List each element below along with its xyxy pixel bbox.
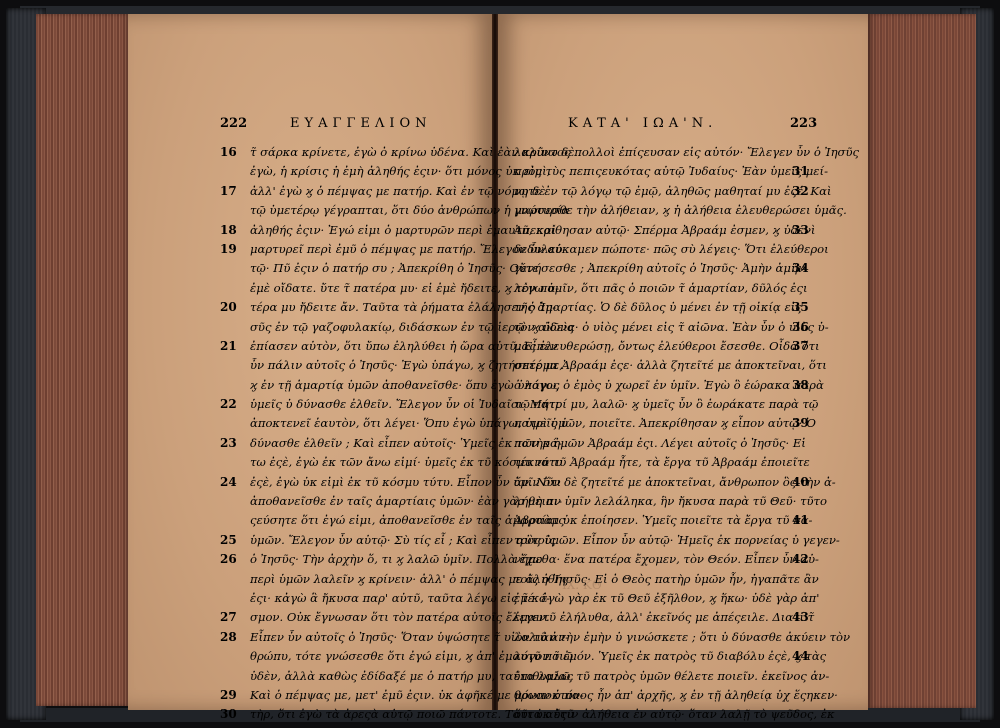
line-text: πατὴρ ἡμῶν Ἀβραάμ ἐςι. Λέγει αὐτοῖς ὁ Ἰη… <box>514 436 806 450</box>
text-line: τέκνα τῦ Ἀβραάμ ἦτε, τὰ ἔργα τῦ Ἀβραάμ ἐ… <box>514 453 814 472</box>
verse-number: 22 <box>220 395 237 414</box>
text-line: 26ὁ Ἰησῦς· Τὴν ἀρχὴν ὅ, τι ϗ λαλῶ ὑμῖν. … <box>220 550 478 569</box>
text-line: 28Εἶπεν ὖν αὐτοῖς ὁ Ἰησῦς· Ὅταν ὑψώσητε … <box>220 628 478 647</box>
text-line: 41Ἀβραὰμ ὐκ ἐποίησεν. Ὑμεῖς ποιεῖτε τὰ ἔ… <box>514 511 814 530</box>
text-line: τῷ· Πῦ ἐςιν ὁ πατήρ συ ; Ἀπεκρίθη ὁ Ἰησῦ… <box>220 259 478 278</box>
verse-number: 16 <box>220 143 237 162</box>
line-text: τῆς ἁμαρτίας. Ὁ δὲ δῦλος ὐ μένει ἐν τῇ ο… <box>514 300 802 314</box>
text-line: 34γενήσεσθε ; Ἀπεκρίθη αὐτοῖς ὁ Ἰησῦς· Ἀ… <box>514 259 814 278</box>
text-line: ἐπιθυμίας τῦ πατρὸς ὑμῶν θέλετε ποιεῖν. … <box>514 667 814 686</box>
line-text: δεδυλεύκαμεν πώποτε· πῶς σὺ λέγεις· Ὅτι … <box>514 242 829 256</box>
text-line: τοῖς ὁ Ἰησῦς· Εἰ ὁ Θεὸς πατὴρ ὑμῶν ἦν, ἠ… <box>514 570 814 589</box>
text-line: 35τῆς ἁμαρτίας. Ὁ δὲ δῦλος ὐ μένει ἐν τῇ… <box>514 298 814 317</box>
text-line: 30τὴρ, ὅτι ἐγὼ τὰ ἀρεςὰ αὐτῷ ποιῶ πάντοτ… <box>220 705 478 724</box>
text-line: σῦς ἐν τῷ γαζοφυλακίῳ, διδάσκων ἐν τῷ ἱε… <box>220 318 478 337</box>
page-edges-right <box>868 14 976 708</box>
line-text: ἄν. Νῦν δὲ ζητεῖτέ με ἀποκτεῖναι, ἄνθρωπ… <box>514 475 836 489</box>
text-line: 25ὑμῶν. Ἔλεγον ὖν αὐτῷ· Σὺ τίς εἶ ; Καὶ … <box>220 531 478 550</box>
verse-number: 24 <box>220 473 237 492</box>
text-line: 44λόγον τ̃ ἐμόν. Ὑμεῖς ἐκ πατρὸς τῦ διαβ… <box>514 647 814 666</box>
text-line: ςεύσητε ὅτι ἐγώ εἰμι, ἀποθανεῖσθε ἐν ταῖ… <box>220 511 478 530</box>
text-line: τρὸς ὑμῶν. Εἶπον ὖν αὐτῷ· Ἡμεῖς ἐκ πορνε… <box>514 531 814 550</box>
text-line: 33Ἀπεκρίθησαν αὐτῷ· Σπέρμα Ἀβραάμ ἐσμεν,… <box>514 221 814 240</box>
text-line: ὖν πάλιν αὐτοῖς ὁ Ἰησῦς· Ἐγὼ ὑπάγω, ϗ ζη… <box>220 356 478 375</box>
line-text: τὸν αἰῶνα· ὁ υἱὸς μένει εἰς τ̃ αἰῶνα. Ἐὰ… <box>514 320 829 334</box>
verse-number: 28 <box>220 628 237 647</box>
line-text: Ἀπεκρίθησαν αὐτῷ· Σπέρμα Ἀβραάμ ἐσμεν, ϗ… <box>514 223 815 237</box>
text-line: σπέρμα Ἀβραάμ ἐςε· ἀλλὰ ζητεῖτέ με ἀποκτ… <box>514 356 814 375</box>
line-text: λέγω ὑμῖν, ὅτι πᾶς ὁ ποιῶν τ̃ ἁμαρτίαν, … <box>514 281 808 295</box>
verse-number: 37 <box>792 337 809 356</box>
line-text: θρωποκτόνος ἦν ἀπ' ἀρχῆς, ϗ ἐν τῇ ἀληθεί… <box>514 688 838 702</box>
line-text: ἐμέ· ἐγὼ γὰρ ἐκ τῦ Θεῦ ἐξῆλθον, ϗ ἥκω· ὐ… <box>514 591 819 605</box>
verse-number: 41 <box>792 511 809 530</box>
text-line: 23δύνασθε ἐλθεῖν ; Καὶ εἶπεν αὐτοῖς· Ὑμε… <box>220 434 478 453</box>
text-line: 40ἄν. Νῦν δὲ ζητεῖτέ με ἀποκτεῖναι, ἄνθρ… <box>514 473 814 492</box>
line-text: νητε ἐν τῷ λόγῳ τῷ ἐμῷ, ἀληθῶς μαθηταί μ… <box>514 184 831 198</box>
verse-number: 18 <box>220 221 237 240</box>
verse-number: 29 <box>220 686 237 705</box>
verse-number: 21 <box>220 337 237 356</box>
verse-number: 36 <box>792 318 809 337</box>
right-running-title: ΚΑΤΑ' ΙΩΑ'Ν. <box>568 116 717 131</box>
verse-number: 38 <box>792 376 809 395</box>
verse-number: 44 <box>792 647 809 666</box>
text-line: λήθειαν ὑμῖν λελάληκα, ἣν ἤκυσα παρὰ τῦ … <box>514 492 814 511</box>
line-text: σμον. Οὐκ ἔγνωσαν ὅτι τὸν πατέρα αὐτοῖς … <box>250 610 550 624</box>
text-line: ἐςι· κἀγὼ ἃ ἤκυσα παρ' αὐτῦ, ταῦτα λέγω … <box>220 589 478 608</box>
verse-number: 17 <box>220 182 237 201</box>
text-line: 22ὑμεῖς ὐ δύνασθε ἐλθεῖν. Ἔλεγον ὖν οἱ Ἰ… <box>220 395 478 414</box>
line-text: πρὸς τὺς πεπιςευκότας αὐτῷ Ἰυδαίυς· Ἐὰν … <box>514 164 828 178</box>
line-text: λόγον τ̃ ἐμόν. Ὑμεῖς ἐκ πατρὸς τῦ διαβόλ… <box>514 649 826 663</box>
line-text: ἐςι· κἀγὼ ἃ ἤκυσα παρ' αὐτῦ, ταῦτα λέγω … <box>250 591 550 605</box>
text-line: 37μᾶς ἐλευθερώσῃ, ὄντως ἐλεύθεροι ἔσεσθε… <box>514 337 814 356</box>
line-text: γνώσεσθε τὴν ἀλήθειαν, ϗ ἡ ἀλήθεια ἐλευθ… <box>514 203 847 217</box>
line-text: Ἀβραὰμ ὐκ ἐποίησεν. Ὑμεῖς ποιεῖτε τὰ ἔργ… <box>514 513 812 527</box>
left-page-number: 222 <box>220 116 247 131</box>
line-text: ἐμὲ οἴδατε. ὔτε τ̃ πατέρα μυ· εἰ ἐμὲ ἤδε… <box>250 281 559 295</box>
text-line: 20τέρα μυ ἤδειτε ἄν. Ταῦτα τὰ ῥήματα ἐλά… <box>220 298 478 317</box>
text-line: ἐγὼ, ἡ κρίσις ἡ ἐμὴ ἀληθής ἐςιν· ὅτι μόν… <box>220 162 478 181</box>
text-line: 42νήμεθα· ἕνα πατέρα ἔχομεν, τὸν Θεόν. Ε… <box>514 550 814 569</box>
text-line: 18ἀληθής ἐςιν· Ἐγώ εἰμι ὁ μαρτυρῶν περὶ … <box>220 221 478 240</box>
verse-number: 31 <box>792 162 809 181</box>
line-text: ὁ Ἰησῦς· Τὴν ἀρχὴν ὅ, τι ϗ λαλῶ ὑμῖν. Πο… <box>250 552 542 566</box>
text-line: ὅτι ὐκ ἔςιν ἀλήθεια ἐν αὐτῷ· ὅταν λαλῇ τ… <box>514 705 814 724</box>
show-through-text: ΙΧ. ΚΘ <box>562 578 602 592</box>
verse-number: 39 <box>792 414 809 433</box>
verse-number: 32 <box>792 182 809 201</box>
text-line: ἀποκτενεῖ ἑαυτὸν, ὅτι λέγει· Ὅπυ ἐγὼ ὑπά… <box>220 414 478 433</box>
text-line: θρώπυ, τότε γνώσεσθε ὅτι ἐγώ εἰμι, ϗ ἀπ'… <box>220 647 478 666</box>
line-text: νήμεθα· ἕνα πατέρα ἔχομεν, τὸν Θεόν. Εἶπ… <box>514 552 819 566</box>
text-line: 32νητε ἐν τῷ λόγῳ τῷ ἐμῷ, ἀληθῶς μαθηταί… <box>514 182 814 201</box>
right-page-text: λαλῦντος πολλοὶ ἐπίςευσαν εἰς αὐτόν· Ἔλε… <box>514 143 814 725</box>
text-line: 21ἐπίασεν αὐτὸν, ὅτι ὔπω ἐληλύθει ἡ ὥρα … <box>220 337 478 356</box>
line-text: τέρα μυ ἤδειτε ἄν. Ταῦτα τὰ ῥήματα ἐλάλη… <box>250 300 556 314</box>
line-text: ὑμῶν. Ἔλεγον ὖν αὐτῷ· Σὺ τίς εἶ ; Καὶ εἶ… <box>250 533 556 547</box>
text-line: περὶ ὑμῶν λαλεῖν ϗ κρίνειν· ἀλλ' ὁ πέμψα… <box>220 570 478 589</box>
text-line: λαλῦντος πολλοὶ ἐπίςευσαν εἰς αὐτόν· Ἔλε… <box>514 143 814 162</box>
text-line: τῷ ὑμετέρῳ γέγραπται, ὅτι δύο ἀνθρώπων ἡ… <box>220 201 478 220</box>
verse-number: 19 <box>220 240 237 259</box>
line-text: τῷ· Πῦ ἐςιν ὁ πατήρ συ ; Ἀπεκρίθη ὁ Ἰησῦ… <box>250 261 539 275</box>
verse-number: 34 <box>792 259 809 278</box>
text-line: πατὴρ ἡμῶν Ἀβραάμ ἐςι. Λέγει αὐτοῖς ὁ Ἰη… <box>514 434 814 453</box>
line-text: λαλιὰν τὴν ἐμὴν ὐ γινώσκετε ; ὅτι ὐ δύνα… <box>514 630 850 644</box>
text-line: ὐδὲν, ἀλλὰ καθὼς ἐδίδαξέ με ὁ πατήρ μυ, … <box>220 667 478 686</box>
line-text: ἀληθής ἐςιν· Ἐγώ εἰμι ὁ μαρτυρῶν περὶ ἐμ… <box>250 223 556 237</box>
verse-number: 27 <box>220 608 237 627</box>
text-line: 24ἐςὲ, ἐγὼ ὐκ εἰμὶ ἐκ τῦ κόσμυ τύτυ. Εἶπ… <box>220 473 478 492</box>
text-line: τῷ πατρί μυ, λαλῶ· ϗ ὑμεῖς ὖν ὃ ἑωράκατε… <box>514 395 814 414</box>
line-text: πατρὶ ὑμῶν, ποιεῖτε. Ἀπεκρίθησαν ϗ εἶπον… <box>514 416 816 430</box>
verse-number: 30 <box>220 705 237 724</box>
text-line: 29Καὶ ὁ πέμψας με, μετ' ἐμῦ ἐςιν. ὐκ ἀφῆ… <box>220 686 478 705</box>
line-text: τέκνα τῦ Ἀβραάμ ἦτε, τὰ ἔργα τῦ Ἀβραάμ ἐ… <box>514 455 810 469</box>
verse-number: 43 <box>792 608 809 627</box>
line-text: τρὸς ὑμῶν. Εἶπον ὖν αὐτῷ· Ἡμεῖς ἐκ πορνε… <box>514 533 840 547</box>
text-line: γνώσεσθε τὴν ἀλήθειαν, ϗ ἡ ἀλήθεια ἐλευθ… <box>514 201 814 220</box>
verse-number: 26 <box>220 550 237 569</box>
verse-number: 23 <box>220 434 237 453</box>
line-text: λήθειαν ὑμῖν λελάληκα, ἣν ἤκυσα παρὰ τῦ … <box>514 494 827 508</box>
text-line: ἀποθανεῖσθε ἐν ταῖς ἁμαρτίαις ὑμῶν· ἐὰν … <box>220 492 478 511</box>
verse-number: 35 <box>792 298 809 317</box>
text-line: 16τ̃ σάρκα κρίνετε, ἐγὼ ὀ κρίνω ὐδένα. Κ… <box>220 143 478 162</box>
text-line: ἐμέ· ἐγὼ γὰρ ἐκ τῦ Θεῦ ἐξῆλθον, ϗ ἥκω· ὐ… <box>514 589 814 608</box>
line-text: σπέρμα Ἀβραάμ ἐςε· ἀλλὰ ζητεῖτέ με ἀποκτ… <box>514 358 827 372</box>
verse-number: 40 <box>792 473 809 492</box>
line-text: μᾶς ἐλευθερώσῃ, ὄντως ἐλεύθεροι ἔσεσθε. … <box>514 339 820 353</box>
text-line: δεδυλεύκαμεν πώποτε· πῶς σὺ λέγεις· Ὅτι … <box>514 240 814 259</box>
text-line: 19μαρτυρεῖ περὶ ἐμῦ ὁ πέμψας με πατήρ. Ἔ… <box>220 240 478 259</box>
text-line: 27σμον. Οὐκ ἔγνωσαν ὅτι τὸν πατέρα αὐτοῖ… <box>220 608 478 627</box>
verse-number: 25 <box>220 531 237 550</box>
text-line: 17ἀλλ' ἐγὼ ϗ ὁ πέμψας με πατήρ. Καὶ ἐν τ… <box>220 182 478 201</box>
line-text: ἐγὼ, ἡ κρίσις ἡ ἐμὴ ἀληθής ἐςιν· ὅτι μόν… <box>250 164 550 178</box>
text-line: τω ἐςὲ, ἐγὼ ἐκ τῶν ἄνω εἰμί· ὑμεῖς ἐκ τῦ… <box>220 453 478 472</box>
right-page-number: 223 <box>790 116 817 131</box>
verse-number: 33 <box>792 221 809 240</box>
line-text: ὁ λόγος ὁ ἐμὸς ὐ χωρεῖ ἐν ὑμῖν. Ἐγὼ ὃ ἑώ… <box>514 378 824 392</box>
text-line: 43ἐμαυτῦ ἐλήλυθα, ἀλλ' ἐκεῖνός με ἀπέςει… <box>514 608 814 627</box>
page-edges-left <box>36 14 130 706</box>
line-text: τοῖς ὁ Ἰησῦς· Εἰ ὁ Θεὸς πατὴρ ὑμῶν ἦν, ἠ… <box>514 572 819 586</box>
text-line: λέγω ὑμῖν, ὅτι πᾶς ὁ ποιῶν τ̃ ἁμαρτίαν, … <box>514 279 814 298</box>
line-text: ἐμαυτῦ ἐλήλυθα, ἀλλ' ἐκεῖνός με ἀπέςειλε… <box>514 610 814 624</box>
text-line: 36τὸν αἰῶνα· ὁ υἱὸς μένει εἰς τ̃ αἰῶνα. … <box>514 318 814 337</box>
line-text: ἐπιθυμίας τῦ πατρὸς ὑμῶν θέλετε ποιεῖν. … <box>514 669 829 683</box>
left-running-title: ΕΥΑΓΓΕΛΙΟΝ <box>290 116 432 131</box>
verse-number: 42 <box>792 550 809 569</box>
text-line: θρωποκτόνος ἦν ἀπ' ἀρχῆς, ϗ ἐν τῇ ἀληθεί… <box>514 686 814 705</box>
line-text: ἀλλ' ἐγὼ ϗ ὁ πέμψας με πατήρ. Καὶ ἐν τῷ … <box>250 184 545 198</box>
text-line: 31πρὸς τὺς πεπιςευκότας αὐτῷ Ἰυδαίυς· Ἐὰ… <box>514 162 814 181</box>
text-line: ἐμὲ οἴδατε. ὔτε τ̃ πατέρα μυ· εἰ ἐμὲ ἤδε… <box>220 279 478 298</box>
verse-number: 20 <box>220 298 237 317</box>
text-line: ϗ ἐν τῇ ἁμαρτίᾳ ὑμῶν ἀποθανεῖσθε· ὅπυ ἐγ… <box>220 376 478 395</box>
line-text: γενήσεσθε ; Ἀπεκρίθη αὐτοῖς ὁ Ἰησῦς· Ἀμὴ… <box>514 261 805 275</box>
left-page-text: 16τ̃ σάρκα κρίνετε, ἐγὼ ὀ κρίνω ὐδένα. Κ… <box>220 143 478 725</box>
text-line: 38ὁ λόγος ὁ ἐμὸς ὐ χωρεῖ ἐν ὑμῖν. Ἐγὼ ὃ … <box>514 376 814 395</box>
line-text: ὅτι ὐκ ἔςιν ἀλήθεια ἐν αὐτῷ· ὅταν λαλῇ τ… <box>514 707 835 721</box>
text-line: λαλιὰν τὴν ἐμὴν ὐ γινώσκετε ; ὅτι ὐ δύνα… <box>514 628 814 647</box>
line-text: ἐπίασεν αὐτὸν, ὅτι ὔπω ἐληλύθει ἡ ὥρα αὐ… <box>250 339 558 353</box>
line-text: λαλῦντος πολλοὶ ἐπίςευσαν εἰς αὐτόν· Ἔλε… <box>514 145 859 159</box>
text-line: 39πατρὶ ὑμῶν, ποιεῖτε. Ἀπεκρίθησαν ϗ εἶπ… <box>514 414 814 433</box>
line-text: τῷ πατρί μυ, λαλῶ· ϗ ὑμεῖς ὖν ὃ ἑωράκατε… <box>514 397 818 411</box>
